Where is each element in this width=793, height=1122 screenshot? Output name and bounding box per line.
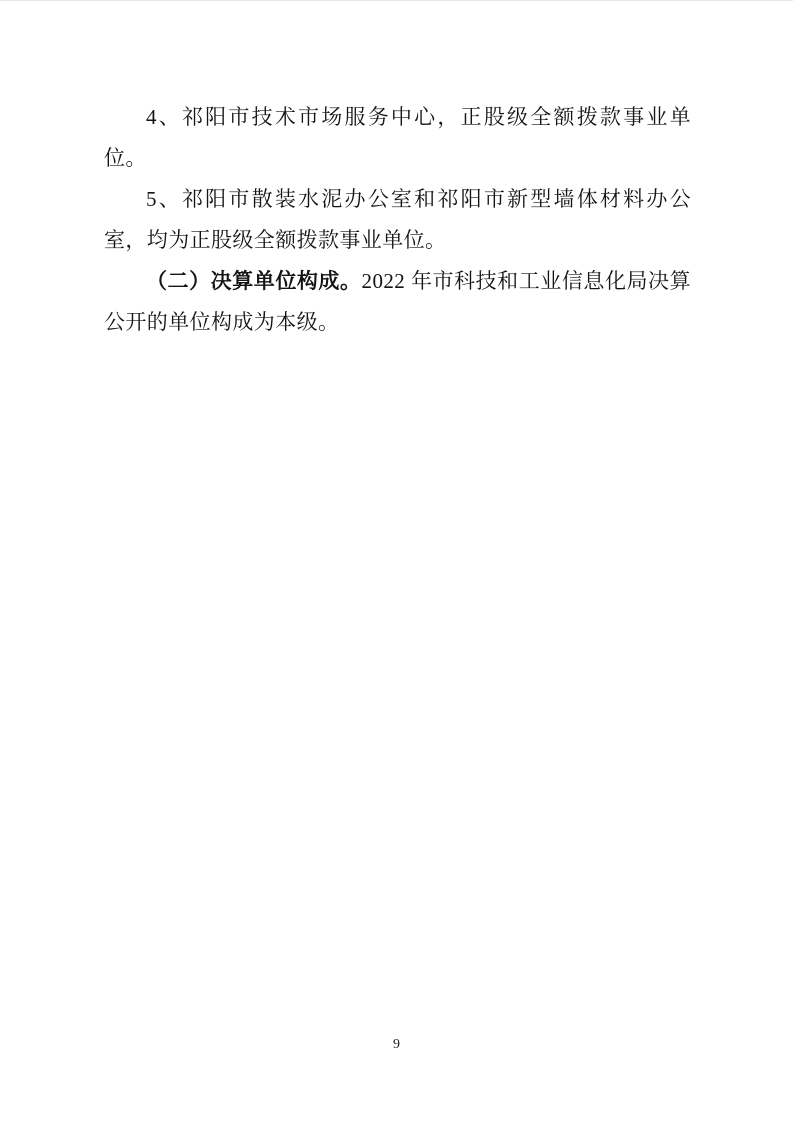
list-item-5: 5、祁阳市散装水泥办公室和祁阳市新型墙体材料办公室，均为正股级全额拨款事业单位。 [104, 179, 691, 261]
section-heading: （二）决算单位构成。 [146, 269, 362, 293]
document-page: 4、祁阳市技术市场服务中心，正股级全额拨款事业单位。 5、祁阳市散装水泥办公室和… [0, 0, 793, 1122]
list-item-4: 4、祁阳市技术市场服务中心，正股级全额拨款事业单位。 [104, 97, 691, 179]
document-body: 4、祁阳市技术市场服务中心，正股级全额拨款事业单位。 5、祁阳市散装水泥办公室和… [104, 97, 691, 343]
section-paragraph: （二）决算单位构成。2022 年市科技和工业信息化局决算公开的单位构成为本级。 [104, 261, 691, 343]
page-number: 9 [0, 1036, 793, 1054]
